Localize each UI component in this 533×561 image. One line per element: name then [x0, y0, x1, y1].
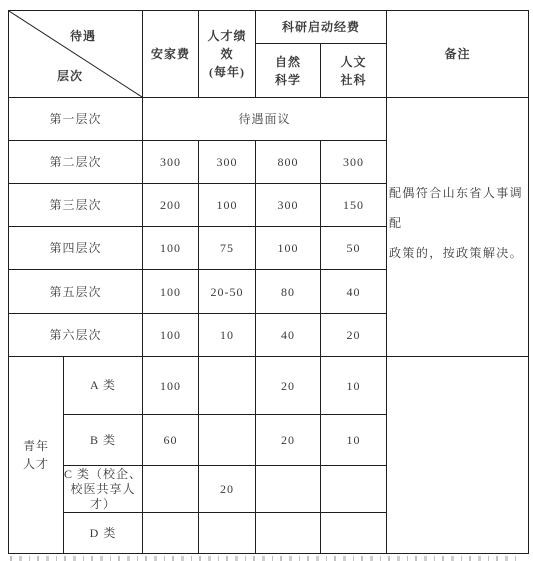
cell-humanities: 10: [321, 415, 387, 466]
header-humanities: 人文 社科: [321, 44, 387, 98]
cell-natural: 800: [256, 141, 321, 184]
diagonal-header-cell: 待遇 层次: [9, 11, 143, 98]
remark-note-cell: 配偶符合山东省人事调配 政策的，按政策解决。: [387, 98, 529, 357]
cell-performance: 300: [199, 141, 256, 184]
cell-natural: 100: [256, 227, 321, 270]
tier-label: 第三层次: [9, 184, 143, 227]
cell-humanities: 20: [321, 314, 387, 357]
youth-group-label: 青年 人才: [9, 357, 64, 554]
cell-humanities: 300: [321, 141, 387, 184]
header-settling-fee: 安家费: [143, 11, 199, 98]
cropped-footnote-fragment: [10, 556, 522, 561]
cell-natural: 40: [256, 314, 321, 357]
tier-label: 第四层次: [9, 227, 143, 270]
cell-performance: 75: [199, 227, 256, 270]
tier-label: 第五层次: [9, 270, 143, 314]
diagonal-label-tier: 层次: [57, 68, 83, 84]
cell-humanities: 150: [321, 184, 387, 227]
cell-settling: 100: [143, 270, 199, 314]
tier1-negotiable-cell: 待遇面议: [143, 98, 387, 141]
cell-natural: 20: [256, 357, 321, 415]
cell-performance: 20-50: [199, 270, 256, 314]
cell-performance: 10: [199, 314, 256, 357]
header-natural-science: 自然 科学: [256, 44, 321, 98]
cell-settling: 100: [143, 314, 199, 357]
youth-class-label: A 类: [64, 357, 143, 415]
diagonal-line: [9, 11, 142, 97]
cell-natural: [256, 466, 321, 513]
cell-humanities: 50: [321, 227, 387, 270]
youth-class-label: B 类: [64, 415, 143, 466]
cell-natural: 80: [256, 270, 321, 314]
cell-natural: 300: [256, 184, 321, 227]
cell-humanities: 10: [321, 357, 387, 415]
youth-row-a: 青年 人才 A 类 100 20 10: [9, 357, 529, 415]
cell-settling: 100: [143, 227, 199, 270]
tier-label: 第六层次: [9, 314, 143, 357]
cell-settling: 200: [143, 184, 199, 227]
tier-label: 第二层次: [9, 141, 143, 184]
cell-settling: [143, 466, 199, 513]
cell-natural: 20: [256, 415, 321, 466]
header-performance: 人才绩 效 (每年): [199, 11, 256, 98]
header-remark: 备注: [387, 11, 529, 98]
scanned-document-page: { "table": { "header": { "diagonal": { "…: [0, 0, 533, 561]
cell-performance: [199, 513, 256, 554]
cell-settling: 100: [143, 357, 199, 415]
tier-row-1: 第一层次 待遇面议 配偶符合山东省人事调配 政策的，按政策解决。: [9, 98, 529, 141]
cell-natural: [256, 513, 321, 554]
cell-humanities: 40: [321, 270, 387, 314]
talent-benefits-table: 待遇 层次 安家费 人才绩 效 (每年) 科研启动经费 备注 自然 科学 人文 …: [8, 10, 529, 554]
cell-performance: 100: [199, 184, 256, 227]
cell-performance: 20: [199, 466, 256, 513]
cell-humanities: [321, 466, 387, 513]
youth-class-label: C 类（校企、 校医共享人 才）: [64, 466, 143, 513]
cell-performance: [199, 415, 256, 466]
cell-performance: [199, 357, 256, 415]
header-research-fund-group: 科研启动经费: [256, 11, 387, 44]
cell-settling: 60: [143, 415, 199, 466]
tier-label: 第一层次: [9, 98, 143, 141]
diagonal-label-benefits: 待遇: [70, 28, 96, 44]
cell-settling: [143, 513, 199, 554]
cell-settling: 300: [143, 141, 199, 184]
remark-empty-cell: [387, 357, 529, 554]
youth-class-label: D 类: [64, 513, 143, 554]
cell-humanities: [321, 513, 387, 554]
header-row-top: 待遇 层次 安家费 人才绩 效 (每年) 科研启动经费 备注: [9, 11, 529, 44]
